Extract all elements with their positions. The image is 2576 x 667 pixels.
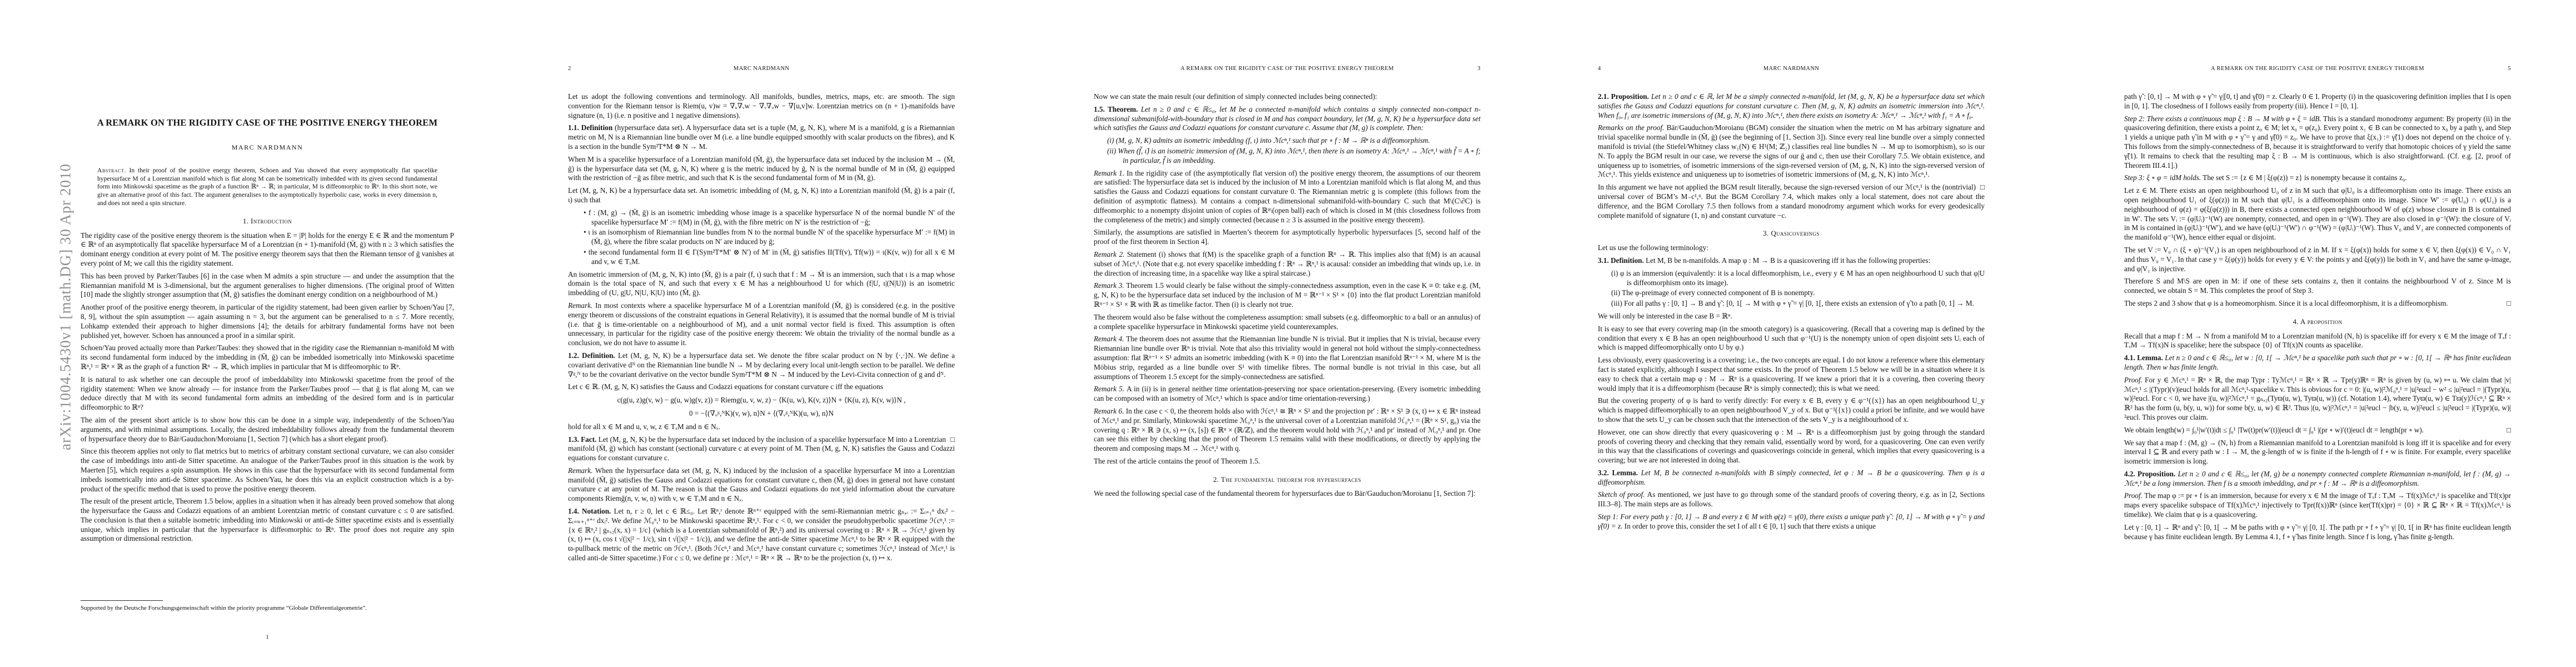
- paper-title: A REMARK ON THE RIGIDITY CASE OF THE POS…: [81, 117, 454, 128]
- remark-label: Remark 3.: [1094, 281, 1126, 290]
- theorem-label: 1.5. Theorem.: [1094, 105, 1141, 113]
- paragraph: Step 1: For every path γ : [0, 1] → B an…: [1598, 512, 1985, 531]
- remark-block: Remark 5. A in (ii) is in general neithe…: [1094, 385, 1481, 404]
- paragraph-text: We obtain length(w) = ∫₀¹|w′(t)|dt ≤ ∫₀¹…: [2124, 426, 2424, 434]
- paragraph-text: However, one can show directly that ever…: [1598, 428, 1985, 464]
- paragraph: But the covering property of φ is hard t…: [1598, 396, 1985, 424]
- paragraph: We say that a map f : (M, g) → (N, h) fr…: [2124, 439, 2511, 466]
- paragraph-text: In this argument we have not applied the…: [1598, 183, 1985, 219]
- paragraph: It is easy to see that every covering ma…: [1598, 325, 1985, 352]
- paragraph: Step 3: ξ ∘ φ = idM holds. The set S := …: [2124, 173, 2511, 183]
- page-5: A REMARK ON THE RIGIDITY CASE OF THE POS…: [2124, 0, 2511, 667]
- paragraph: The result of the present article, Theor…: [81, 497, 454, 544]
- definition-block: 3.1. Definition. Let M, B be n-manifolds…: [1598, 256, 1985, 266]
- paragraph-text: Now we can state the main result (our de…: [1094, 92, 1377, 101]
- paragraph-text: The set S := {z ∈ M | ξ(φ(z)) = z} is no…: [2201, 173, 2407, 182]
- remark-block: Remarks on the proof. Bär/Gauduchon/Moro…: [1598, 123, 1985, 180]
- section-heading: 2. The fundamental theorem for hypersurf…: [1094, 475, 1481, 485]
- remark-text: In most contexts where a spacelike hyper…: [568, 301, 955, 347]
- abstract-label: Abstract.: [97, 167, 126, 174]
- list-item-text: (ii) When (f̃, ι̃) is an isometric immer…: [1107, 147, 1481, 165]
- theorem-text: Let n ≥ 0 and c ∈ ℝ≤₀, let (M, g) be a n…: [2124, 470, 2511, 487]
- remark-text: When the hypersurface data set (M, g, N,…: [568, 466, 955, 502]
- bullet-marker: •: [584, 228, 588, 236]
- paragraph: The set V := V₀ ∩ (ξ ∘ φ)⁻¹(V₁) is an op…: [2124, 246, 2511, 273]
- paragraph: This has been proved by Parker/Taubes [6…: [81, 272, 454, 300]
- remark-text: In the rigidity case of (the asymptotica…: [1094, 169, 1481, 224]
- theorem-label: 4.2. Proposition.: [2124, 470, 2178, 478]
- paragraph: Less obviously, every quasicovering is a…: [1598, 356, 1985, 393]
- paragraph-text: The rigidity case of the positive energy…: [81, 231, 454, 267]
- paragraph-text: The rest of the article contains the pro…: [1094, 457, 1260, 465]
- page-4: 4MARC NARDMANN2.1. Proposition. Let n ≥ …: [1598, 0, 1985, 667]
- page-body: Let us adopt the following conventions a…: [568, 89, 955, 566]
- paragraph: Another proof of the positive energy the…: [81, 303, 454, 340]
- running-head: A REMARK ON THE RIGIDITY CASE OF THE POS…: [1094, 66, 1481, 74]
- paragraph-text: But the covering property of φ is hard t…: [1598, 396, 1985, 424]
- page-3: A REMARK ON THE RIGIDITY CASE OF THE POS…: [1094, 0, 1481, 667]
- remark-text: Theorem 1.5 would clearly be false witho…: [1094, 281, 1481, 308]
- remark-text: As mentioned, we just have to go through…: [1598, 490, 1985, 508]
- paragraph: Recall that a map f : M → N from a manif…: [2124, 332, 2511, 351]
- paragraph-text: Less obviously, every quasicovering is a…: [1598, 356, 1985, 392]
- remark-block: Proof. The map φ := pr ∘ f is an immersi…: [2124, 491, 2511, 519]
- theorem-block: 4.2. Proposition. Let n ≥ 0 and c ∈ ℝ≤₀,…: [2124, 470, 2511, 489]
- remark-label: Sketch of proof.: [1598, 490, 1647, 499]
- paragraph: Let γ : [0, 1] → ℝⁿ and γ̃ : [0, 1[ → M …: [2124, 523, 2511, 542]
- qed-box: □: [2507, 299, 2511, 308]
- definition-block: 1.4. Notation. Let n, r ≥ 0, let c ∈ ℝ≤₀…: [568, 507, 955, 563]
- display-math: 0 = −⟨(∇ᵤᵍ,ᴺK)(v, w), n⟩N + ⟨(∇ᵥᵍ,ᴺK)(u,…: [568, 409, 955, 419]
- remark-label: Remark 4.: [1094, 335, 1126, 343]
- definition-label: 1.2. Definition.: [568, 351, 618, 360]
- page-body: Now we can state the main result (our de…: [1094, 89, 1481, 502]
- paragraph-text: Schoen/Yau proved actually more than Par…: [81, 344, 454, 371]
- remark-block: Remark 3. Theorem 1.5 would clearly be f…: [1094, 281, 1481, 309]
- remark-label: Remark 2.: [1094, 250, 1127, 258]
- footnote: Supported by the Deutsche Forschungsgeme…: [81, 600, 454, 612]
- theorem-block: 4.1. Lemma. Let n ≥ 0 and c ∈ ℝ≤₀, let w…: [2124, 354, 2511, 372]
- paragraph-text: Let us adopt the following conventions a…: [568, 92, 955, 120]
- list-item: • ι is an isomorphism of Riemannian line…: [568, 228, 955, 247]
- paragraph: Let (M, g, N, K) be a hypersurface data …: [568, 186, 955, 205]
- theorem-label: 3.2. Lemma.: [1598, 469, 1641, 477]
- remark-block: Sketch of proof. As mentioned, we just h…: [1598, 490, 1985, 509]
- page-body: path γ̃ : [0, t] → M with φ ∘ γ̃ = γ|[0,…: [2124, 89, 2511, 545]
- running-head-page-number: 3: [1477, 66, 1481, 72]
- abstract: Abstract. In their proof of the positive…: [97, 167, 437, 208]
- section-heading: 3. Quasicoverings: [1598, 229, 1985, 238]
- paragraph-lead: Step 2: There exists a continuous map ξ …: [2124, 115, 2321, 123]
- list-item: • f : (M, g) → (M̄, ḡ) is an isometric i…: [568, 208, 955, 227]
- remark-label: Remark.: [568, 466, 595, 475]
- list-item: (iii) For all paths γ : [0, 1] → B and γ…: [1598, 299, 1985, 308]
- paragraph-text: Let us use the following terminology:: [1598, 243, 1708, 252]
- remark-text: Statement (i) shows that f(M) is the spa…: [1094, 250, 1481, 277]
- list: (i) (M, g, N, K) admits an isometric imb…: [1094, 136, 1481, 165]
- running-head-title: MARC NARDMANN: [568, 66, 955, 72]
- list-item-text: f : (M, g) → (M̄, ḡ) is an isometric imb…: [589, 208, 955, 226]
- qed-box: □: [2507, 426, 2511, 435]
- section-heading: 4. A proposition: [2124, 317, 2511, 327]
- bullet-marker: •: [584, 248, 589, 256]
- paragraph: We will only be interested in the case B…: [1598, 312, 1985, 321]
- footnote-rule: [81, 600, 163, 601]
- list: (i) φ is an immersion (equivalently: it …: [1598, 269, 1985, 308]
- paragraph: An isometric immersion of (M, g, N, K) i…: [568, 270, 955, 298]
- remark-text: For y ∈ ℳcⁿ,¹ = ℝⁿ × ℝ, the map Typr : T…: [2124, 376, 2511, 421]
- definition-label: 1.4. Notation.: [568, 507, 614, 515]
- paragraph-text: Since this theorem applies not only to f…: [81, 447, 454, 492]
- list-item: • the second fundamental form II ∈ Γ(Sym…: [568, 248, 955, 267]
- qed-box: □: [1980, 183, 1985, 192]
- paragraph-text: It is natural to ask whether one can dec…: [81, 375, 454, 411]
- theorem-block: 3.2. Lemma. Let M, B be connected n-mani…: [1598, 469, 1985, 487]
- definition-text: Let (M, g, N, K) be a hypersurface data …: [568, 351, 955, 379]
- abstract-text: In their proof of the positive energy th…: [97, 167, 437, 207]
- remark-label: Remark.: [568, 301, 595, 310]
- theorem-text: Let M, B be connected n-manifolds with B…: [1598, 469, 1985, 486]
- definition-text: Let M, B be n-manifolds. A map φ : M → B…: [1646, 256, 1930, 265]
- page-1: A REMARK ON THE RIGIDITY CASE OF THE POS…: [81, 0, 454, 667]
- definition-label: 1.1. Definition: [568, 123, 615, 132]
- paragraph: Let z ∈ M. There exists an open neighbou…: [2124, 186, 2511, 242]
- paragraph-text: The theorem would also be false without …: [1094, 313, 1481, 331]
- document-canvas: arXiv:1004.5430v1 [math.DG] 30 Apr 2010 …: [0, 0, 2576, 667]
- arxiv-label: arXiv:1004.5430v1 [math.DG] 30 Apr 2010: [57, 163, 74, 450]
- paragraph-text: Recall that a map f : M → N from a manif…: [2124, 332, 2511, 350]
- list-item-text: (i) φ is an immersion (equivalently: it …: [1611, 269, 1985, 287]
- page-body: 2.1. Proposition. Let n ≥ 0 and c ∈ ℝ, l…: [1598, 89, 1985, 535]
- paragraph: The theorem would also be false without …: [1094, 313, 1481, 332]
- paragraph: □The steps 2 and 3 show that φ is a home…: [2124, 299, 2511, 308]
- paragraph-text: Let (M, g, N, K) be a hypersurface data …: [568, 186, 955, 204]
- paragraph: □We obtain length(w) = ∫₀¹|w′(t)|dt ≤ ∫₀…: [2124, 426, 2511, 435]
- paragraph-text: Let c ∈ ℝ. (M, g, N, K) satisfies the Ga…: [568, 382, 883, 391]
- paragraph-text: The steps 2 and 3 show that φ is a homeo…: [2124, 299, 2448, 307]
- paragraph-text: The aim of the present short article is …: [81, 416, 454, 443]
- paragraph: Let us use the following terminology:: [1598, 243, 1985, 253]
- running-head-title: A REMARK ON THE RIGIDITY CASE OF THE POS…: [1094, 66, 1481, 72]
- paragraph-text: Let γ : [0, 1] → ℝⁿ and γ̃ : [0, 1[ → M …: [2124, 523, 2511, 541]
- list-item-text: the second fundamental form II ∈ Γ(Sym²T…: [589, 248, 955, 266]
- paragraph: Let us adopt the following conventions a…: [568, 92, 955, 120]
- paragraph: The rigidity case of the positive energy…: [81, 231, 454, 268]
- paragraph: path γ̃ : [0, t] → M with φ ∘ γ̃ = γ|[0,…: [2124, 92, 2511, 111]
- paragraph-text: The set V := V₀ ∩ (ξ ∘ φ)⁻¹(V₁) is an op…: [2124, 246, 2511, 273]
- paragraph-text: path γ̃ : [0, t] → M with φ ∘ γ̃ = γ|[0,…: [2124, 92, 2511, 110]
- footnote-text: Supported by the Deutsche Forschungsgeme…: [81, 605, 367, 611]
- paragraph: The aim of the present short article is …: [81, 416, 454, 444]
- definition-label: 3.1. Definition.: [1598, 256, 1646, 265]
- paragraph: However, one can show directly that ever…: [1598, 428, 1985, 465]
- paragraph-text: We say that a map f : (M, g) → (N, h) fr…: [2124, 439, 2511, 466]
- remark-block: Remark 4. The theorem does not assume th…: [1094, 335, 1481, 381]
- remark-label: Proof.: [2124, 491, 2144, 500]
- definition-text: Let n, r ≥ 0, let c ∈ ℝ≤₀. Let ℝⁿ,ʳ deno…: [568, 507, 955, 562]
- theorem-block: 1.5. Theorem. Let n ≥ 0 and c ∈ ℝ≤₀, let…: [1094, 105, 1481, 133]
- paragraph: Now we can state the main result (our de…: [1094, 92, 1481, 102]
- theorem-block: 2.1. Proposition. Let n ≥ 0 and c ∈ ℝ, l…: [1598, 92, 1985, 120]
- paragraph-text: Another proof of the positive energy the…: [81, 303, 454, 339]
- paragraph: □In this argument we have not applied th…: [1598, 183, 1985, 220]
- list-item: (ii) When (f̃, ι̃) is an isometric immer…: [1094, 147, 1481, 166]
- paragraph: Schoen/Yau proved actually more than Par…: [81, 344, 454, 371]
- paragraph-text: hold for all x ∈ M and u, v, w, z ∈ TₓM …: [568, 422, 720, 431]
- theorem-label: 4.1. Lemma.: [2124, 354, 2165, 362]
- theorem-text: Let n ≥ 0 and c ∈ ℝ, let M be a simply c…: [1598, 92, 1985, 120]
- paragraph-text: We will only be interested in the case B…: [1598, 312, 1732, 320]
- running-head-page-number: 5: [2508, 66, 2511, 72]
- definition-text: (hypersurface data set). A hypersurface …: [568, 123, 955, 151]
- remark-label: Proof.: [2124, 376, 2145, 384]
- list-item-text: (i) (M, g, N, K) admits an isometric imb…: [1107, 136, 1430, 145]
- theorem-text: Let n ≥ 0 and c ∈ ℝ≤₀, let M be a connec…: [1094, 105, 1481, 132]
- paragraph: Since this theorem applies not only to f…: [81, 447, 454, 494]
- display-math: c(g(u, z)g(v, w) − g(u, w)g(v, z)) = Rie…: [568, 396, 955, 405]
- theorem-text: Let n ≥ 0 and c ∈ ℝ≤₀, let w : [0, 1[ → …: [2124, 354, 2511, 371]
- paragraph: Similarly, the assumptions are satisfied…: [1094, 228, 1481, 247]
- paragraph: We need the following special case of th…: [1094, 489, 1481, 499]
- paragraph: hold for all x ∈ M and u, v, w, z ∈ TₓM …: [568, 422, 955, 432]
- paragraph-text: Similarly, the assumptions are satisfied…: [1094, 228, 1481, 246]
- remark-block: Proof. For y ∈ ℳcⁿ,¹ = ℝⁿ × ℝ, the map T…: [2124, 376, 2511, 422]
- page-number: 1: [81, 634, 454, 640]
- remark-block: Remark 6. In the case c < 0, the theorem…: [1094, 407, 1481, 454]
- paragraph-text: This has been proved by Parker/Taubes [6…: [81, 272, 454, 299]
- list: • f : (M, g) → (M̄, ḡ) is an isometric i…: [568, 208, 955, 267]
- remark-text: In the case c < 0, the theorem holds als…: [1094, 407, 1481, 452]
- paper-author: MARC NARDMANN: [81, 143, 454, 152]
- running-head: A REMARK ON THE RIGIDITY CASE OF THE POS…: [2124, 66, 2511, 74]
- remark-block: Remark. When the hypersurface data set (…: [568, 466, 955, 504]
- remark-text: A in (ii) is in general neither time ori…: [1094, 385, 1481, 402]
- remark-label: Remark 5.: [1094, 385, 1127, 393]
- remark-block: Remark. In most contexts where a spaceli…: [568, 301, 955, 348]
- list-item: (i) (M, g, N, K) admits an isometric imb…: [1094, 136, 1481, 146]
- paragraph-text: We need the following special case of th…: [1094, 489, 1476, 497]
- paragraph-text: Let z ∈ M. There exists an open neighbou…: [2124, 186, 2511, 241]
- paragraph-text: It is easy to see that every covering ma…: [1598, 325, 1985, 352]
- arxiv-watermark: arXiv:1004.5430v1 [math.DG] 30 Apr 2010: [57, 163, 74, 450]
- definition-block: 1.1. Definition (hypersurface data set).…: [568, 123, 955, 151]
- list-item-text: (iii) For all paths γ : [0, 1] → B and γ…: [1611, 299, 1974, 307]
- running-head-title: MARC NARDMANN: [1598, 66, 1985, 72]
- list-item: (i) φ is an immersion (equivalently: it …: [1598, 269, 1985, 288]
- running-head: 2MARC NARDMANN: [568, 66, 955, 74]
- definition-text: Let (M, g, N, K) be the hypersurface dat…: [568, 435, 955, 462]
- paragraph: When M is a spacelike hypersurface of a …: [568, 155, 955, 183]
- running-head-title: A REMARK ON THE RIGIDITY CASE OF THE POS…: [2124, 66, 2511, 72]
- list-item-text: ι is an isomorphism of Riemannian line b…: [588, 228, 955, 246]
- running-head: 4MARC NARDMANN: [1598, 66, 1985, 74]
- page-body: A REMARK ON THE RIGIDITY CASE OF THE POS…: [81, 0, 454, 547]
- paragraph-text: When M is a spacelike hypersurface of a …: [568, 155, 955, 182]
- paragraph-text: In order to prove this, consider the set…: [1623, 522, 1876, 530]
- paragraph-text: Therefore S and M\S are open in M: if on…: [2124, 277, 2511, 295]
- paragraph: Let c ∈ ℝ. (M, g, N, K) satisfies the Ga…: [568, 382, 955, 392]
- page-2: 2MARC NARDMANNLet us adopt the following…: [568, 0, 955, 667]
- remark-label: Remarks on the proof.: [1598, 123, 1667, 132]
- paragraph: The rest of the article contains the pro…: [1094, 457, 1481, 466]
- paragraph: It is natural to ask whether one can dec…: [81, 375, 454, 412]
- qed-box: □: [950, 435, 955, 445]
- definition-label: 1.3. Fact.: [568, 435, 599, 444]
- theorem-label: 2.1. Proposition.: [1598, 92, 1651, 101]
- remark-text: The theorem does not assume that the Rie…: [1094, 335, 1481, 380]
- paragraph-text: An isometric immersion of (M, g, N, K) i…: [568, 270, 955, 297]
- paragraph: Therefore S and M\S are open in M: if on…: [2124, 277, 2511, 296]
- definition-block: 1.2. Definition. Let (M, g, N, K) be a h…: [568, 351, 955, 379]
- paragraph-lead: Step 3: ξ ∘ φ = idM holds.: [2124, 173, 2201, 182]
- bullet-marker: •: [584, 208, 589, 217]
- list-item: (ii) The φ-preimage of every connected c…: [1598, 288, 1985, 298]
- section-heading: 1. Introduction: [81, 217, 454, 226]
- paragraph: Step 2: There exists a continuous map ξ …: [2124, 115, 2511, 171]
- remark-label: Remark 1.: [1094, 169, 1127, 177]
- list-item-text: (ii) The φ-preimage of every connected c…: [1611, 288, 1815, 297]
- paragraph-text: The result of the present article, Theor…: [81, 497, 454, 542]
- remark-label: Remark 6.: [1094, 407, 1126, 415]
- remark-text: The map φ := pr ∘ f is an immersion, bec…: [2124, 491, 2511, 519]
- remark-block: Remark 2. Statement (i) shows that f(M) …: [1094, 250, 1481, 278]
- remark-block: Remark 1. In the rigidity case of (the a…: [1094, 169, 1481, 225]
- definition-block: □1.3. Fact. Let (M, g, N, K) be the hype…: [568, 435, 955, 463]
